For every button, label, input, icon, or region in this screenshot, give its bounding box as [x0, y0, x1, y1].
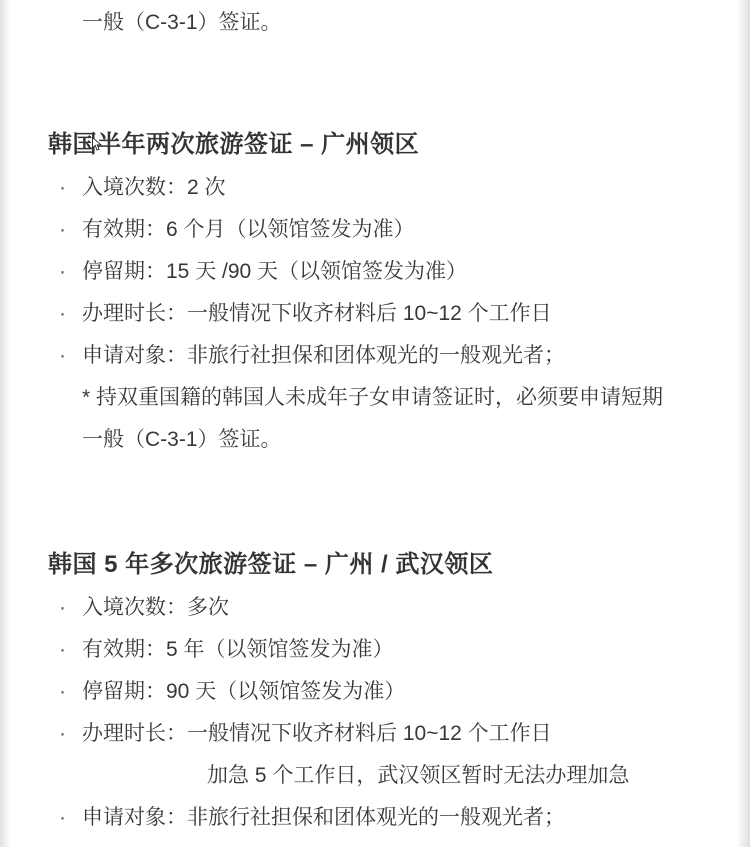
footnote-line: * 持双重国籍的韩国人未成年子女申请签证时，必须要申请短期	[82, 377, 710, 419]
list-item-text: 有效期：5 年（以领馆签发为准）	[82, 629, 710, 671]
list-item-processing-time: · 办理时长：一般情况下收齐材料后 10~12 个工作日	[48, 293, 710, 335]
list-item-text: 停留期：15 天 /90 天（以领馆签发为准）	[82, 251, 710, 293]
document-page: { "page": { "background": "#ffffff", "ed…	[0, 0, 750, 847]
bullet-icon: ·	[48, 335, 82, 377]
visa-info-content: 一般（C-3-1）签证。 韩国半年两次旅游签证 – 广州领区 · 入境次数：2 …	[0, 0, 750, 839]
bullet-icon: ·	[48, 797, 82, 839]
list-item-entries: · 入境次数：2 次	[48, 167, 710, 209]
section-guangzhou-half-year-visa: 韩国半年两次旅游签证 – 广州领区 · 入境次数：2 次 · 有效期：6 个月（…	[48, 128, 710, 461]
page-left-edge	[0, 0, 10, 847]
list-item-validity: · 有效期：6 个月（以领馆签发为准）	[48, 209, 710, 251]
list-item-stay-period: · 停留期：90 天（以领馆签发为准）	[48, 671, 710, 713]
visa-detail-list: · 入境次数：多次 · 有效期：5 年（以领馆签发为准） · 停留期：90 天（…	[48, 587, 710, 839]
bullet-icon: ·	[48, 713, 82, 755]
page-right-edge	[737, 0, 750, 847]
list-item-text: 申请对象：非旅行社担保和团体观光的一般观光者；	[82, 797, 710, 839]
bullet-icon: ·	[48, 209, 82, 251]
bullet-icon: ·	[48, 293, 82, 335]
list-item-text: 办理时长：一般情况下收齐材料后 10~12 个工作日	[82, 713, 710, 755]
section-five-year-multi-visa: 韩国 5 年多次旅游签证 – 广州 / 武汉领区 · 入境次数：多次 · 有效期…	[48, 548, 710, 839]
list-item-validity: · 有效期：5 年（以领馆签发为准）	[48, 629, 710, 671]
expedite-note-line: 加急 5 个工作日，武汉领区暂时无法办理加急	[207, 755, 710, 797]
visa-detail-list: · 入境次数：2 次 · 有效期：6 个月（以领馆签发为准） · 停留期：15 …	[48, 167, 710, 461]
list-item-processing-time: · 办理时长：一般情况下收齐材料后 10~12 个工作日 加急 5 个工作日，武…	[48, 713, 710, 797]
list-item-text: 入境次数：多次	[82, 587, 710, 629]
bullet-icon: ·	[48, 167, 82, 209]
list-item-applicants: · 申请对象：非旅行社担保和团体观光的一般观光者； * 持双重国籍的韩国人未成年…	[48, 335, 710, 461]
list-item-text: 停留期：90 天（以领馆签发为准）	[82, 671, 710, 713]
bullet-icon: ·	[48, 587, 82, 629]
section-title: 韩国半年两次旅游签证 – 广州领区	[48, 128, 710, 162]
list-item-stay-period: · 停留期：15 天 /90 天（以领馆签发为准）	[48, 251, 710, 293]
list-item-text: 入境次数：2 次	[82, 167, 710, 209]
list-item-text: 办理时长：一般情况下收齐材料后 10~12 个工作日	[82, 293, 710, 335]
bullet-icon: ·	[48, 629, 82, 671]
footnote-line: 一般（C-3-1）签证。	[82, 419, 710, 461]
bullet-icon: ·	[48, 671, 82, 713]
bullet-icon: ·	[48, 251, 82, 293]
list-item-text: 申请对象：非旅行社担保和团体观光的一般观光者；	[82, 335, 710, 377]
list-item-applicants: · 申请对象：非旅行社担保和团体观光的一般观光者；	[48, 797, 710, 839]
list-item-text: 有效期：6 个月（以领馆签发为准）	[82, 209, 710, 251]
section-title: 韩国 5 年多次旅游签证 – 广州 / 武汉领区	[48, 548, 710, 582]
previous-section-tail-line: 一般（C-3-1）签证。	[82, 2, 710, 44]
list-item-entries: · 入境次数：多次	[48, 587, 710, 629]
